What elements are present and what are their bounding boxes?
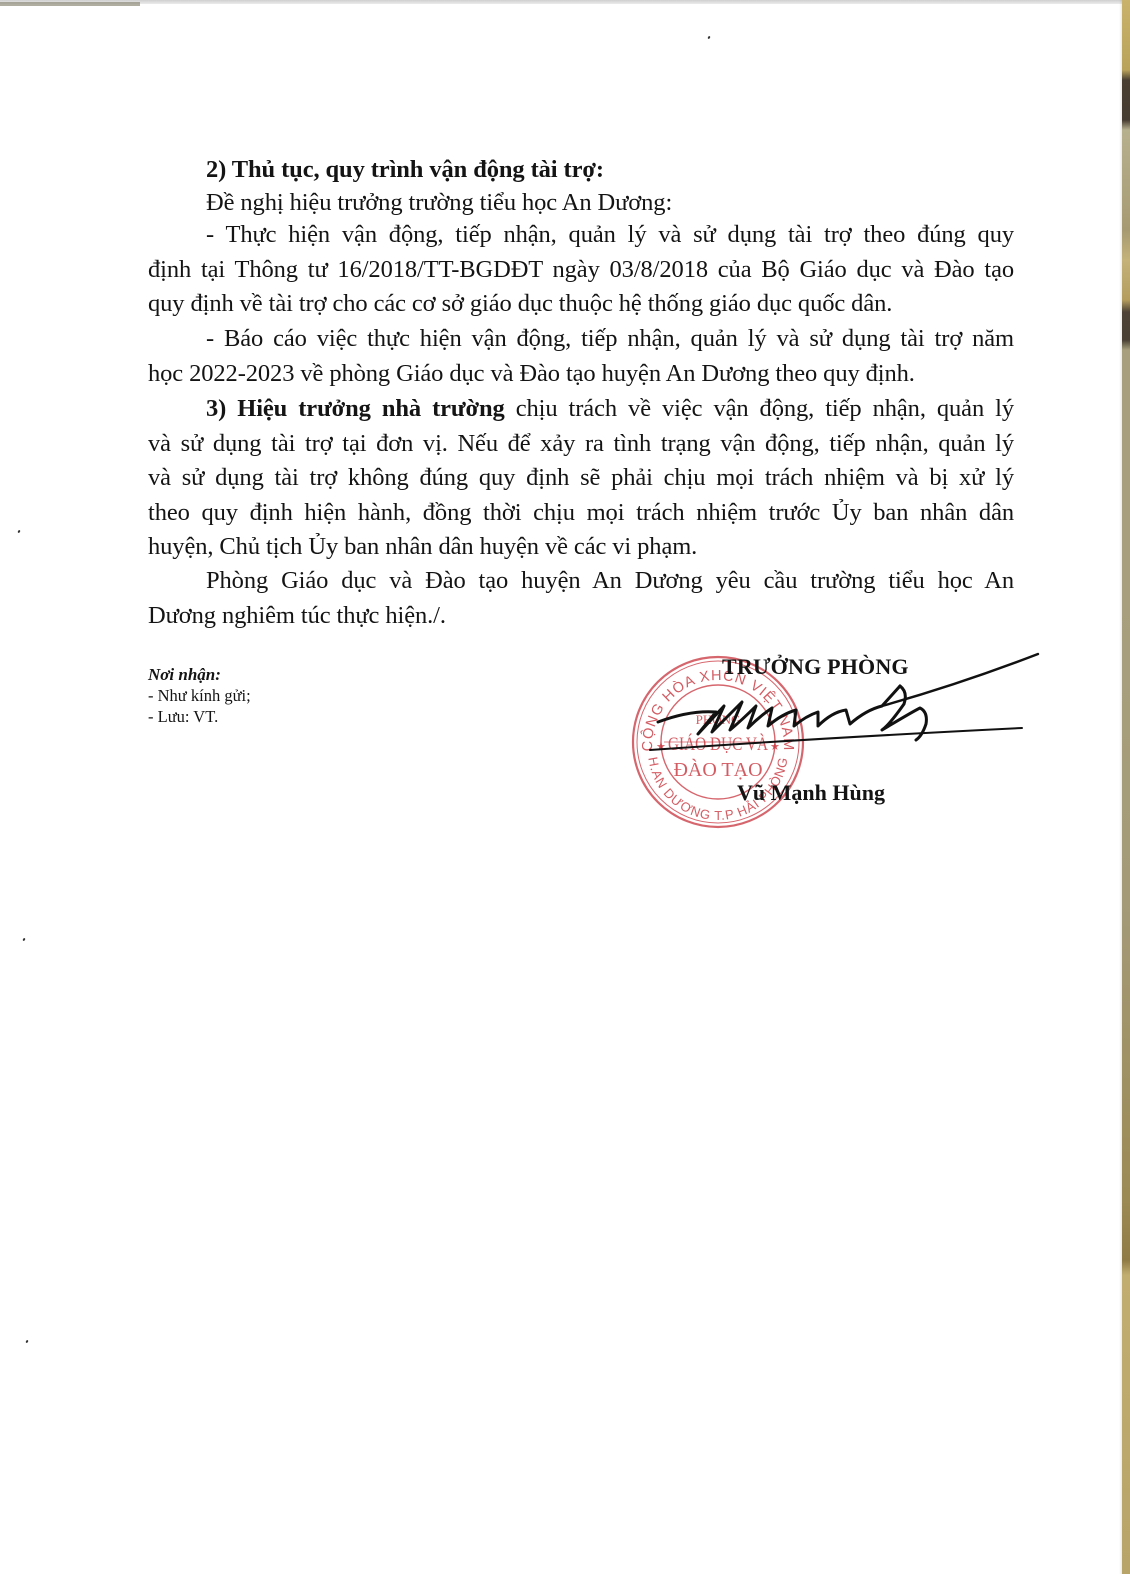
paragraph-line: định tại Thông tư 16/2018/TT-BGDĐT ngày … — [148, 253, 1014, 288]
section-2-intro-text: Đề nghị hiệu trưởng trường tiểu học An D… — [206, 189, 672, 216]
paragraph-line: và sử dụng tài trợ không đúng quy định s… — [148, 461, 1014, 496]
scan-top-edge — [0, 0, 1130, 4]
scan-speck — [25, 1340, 28, 1344]
handwritten-signature-icon — [620, 640, 1050, 840]
paragraph-line: theo quy định hiện hành, đồng thời chịu … — [148, 496, 1014, 531]
recipients-title: Nơi nhận: — [148, 664, 251, 685]
recipients-block: Nơi nhận: - Như kính gửi; - Lưu: VT. — [148, 664, 251, 727]
scan-speck — [707, 36, 710, 40]
paragraph-line: Dương nghiêm túc thực hiện./. — [148, 599, 1014, 634]
section-3-first-line: chịu trách về việc vận động, tiếp nhận, … — [505, 395, 1014, 422]
recipient-item: - Lưu: VT. — [148, 706, 251, 727]
scan-top-edge-shadow — [0, 2, 140, 6]
paragraph-line: Phòng Giáo dục và Đào tạo huyện An Dương… — [148, 564, 1014, 599]
paragraph-line: quy định về tài trợ cho các cơ sở giáo d… — [148, 287, 1014, 322]
paragraph-line: - Thực hiện vận động, tiếp nhận, quản lý… — [148, 218, 1014, 253]
section-2-heading-text: 2) Thủ tục, quy trình vận động tài trợ: — [206, 156, 604, 183]
section-2-item-2: - Báo cáo việc thực hiện vận động, tiếp … — [148, 322, 1014, 391]
paragraph-line: - Báo cáo việc thực hiện vận động, tiếp … — [148, 322, 1014, 357]
section-2-heading: 2) Thủ tục, quy trình vận động tài trợ: — [148, 153, 1014, 188]
scan-right-edge — [1122, 0, 1130, 1574]
paragraph-line: 3) Hiệu trưởng nhà trường chịu trách về … — [148, 392, 1014, 427]
signer-name: Vũ Mạnh Hùng — [737, 780, 885, 806]
paragraph-line: và sử dụng tài trợ tại đơn vị. Nếu để xả… — [148, 427, 1014, 462]
scan-speck — [17, 530, 20, 534]
paragraph-line: học 2022-2023 về phòng Giáo dục và Đào t… — [148, 357, 1014, 392]
paragraph-line: huyện, Chủ tịch Ủy ban nhân dân huyện về… — [148, 530, 1014, 565]
section-2-item-1: - Thực hiện vận động, tiếp nhận, quản lý… — [148, 218, 1014, 322]
section-3-heading: 3) Hiệu trưởng nhà trường — [206, 395, 505, 422]
section-3-paragraph: 3) Hiệu trưởng nhà trường chịu trách về … — [148, 392, 1014, 565]
section-2-intro: Đề nghị hiệu trưởng trường tiểu học An D… — [148, 186, 1014, 221]
closing-paragraph: Phòng Giáo dục và Đào tạo huyện An Dương… — [148, 564, 1014, 633]
recipient-item: - Như kính gửi; — [148, 685, 251, 706]
signature-block: CỘNG HÒA XHCN VIỆT NAM H.AN DƯƠNG T.P HẢ… — [620, 640, 1050, 840]
scan-speck — [22, 938, 25, 942]
